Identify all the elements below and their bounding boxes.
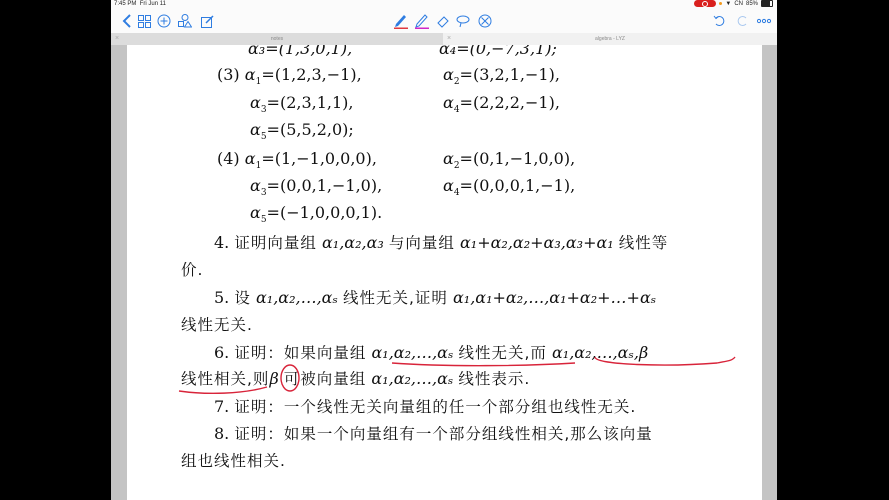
problem-3-alpha4: α4=(2,2,2,−1), xyxy=(443,93,560,115)
battery-label: 85% xyxy=(746,1,758,7)
undo-icon[interactable] xyxy=(711,13,727,29)
question-6-line-2: 线性相关,则β 可被向量组 α₁,α₂,…,αₛ 线性表示. xyxy=(181,367,530,389)
highlighter-icon[interactable] xyxy=(414,13,430,29)
app-toolbar xyxy=(111,9,777,33)
question-8-line-2: 组也线性相关. xyxy=(181,449,286,471)
add-icon[interactable] xyxy=(156,13,172,29)
tab-label: notes xyxy=(271,36,283,42)
mic-indicator-icon xyxy=(719,2,722,5)
eraser-icon[interactable] xyxy=(435,13,451,29)
cut-line-right: α₄=(0,−7,3,1); xyxy=(439,45,557,58)
tab-notes[interactable]: × notes xyxy=(111,33,443,45)
problem-3-alpha3: α3=(2,3,1,1), xyxy=(250,93,354,115)
problem-4-alpha3: α3=(0,0,1,−1,0), xyxy=(250,176,382,198)
battery-icon xyxy=(761,0,773,7)
underline-linearly-independent xyxy=(392,363,575,366)
tab-algebra[interactable]: × algebra - LYZ xyxy=(443,33,777,45)
screen-recording-icon[interactable] xyxy=(694,0,716,7)
close-circle-icon[interactable] xyxy=(477,13,493,29)
beta-symbol: β xyxy=(269,369,278,388)
pen-icon[interactable] xyxy=(393,13,409,29)
question-6-line-1: 6. 证明：如果向量组 α₁,α₂,…,αₛ 线性无关,而 α₁,α₂,…,αₛ… xyxy=(214,341,648,363)
ipad-screen: 7:45 PM Fri Jun 11 ▼ CN 85% xyxy=(111,0,777,500)
more-icon[interactable] xyxy=(756,13,772,29)
carrier-label: CN xyxy=(734,1,743,7)
lasso-icon[interactable] xyxy=(455,13,471,29)
close-tab-icon[interactable]: × xyxy=(447,35,451,42)
problem-3-alpha2: α2=(3,2,1,−1), xyxy=(443,65,560,87)
problem-3-row-1: (3) α1=(1,2,3,−1), xyxy=(217,65,362,87)
question-4-line-1: 4. 证明向量组 α₁,α₂,α₃ 与向量组 α₁+α₂,α₂+α₃,α₃+α₁… xyxy=(214,231,668,253)
wifi-icon: ▼ xyxy=(725,1,731,7)
problem-4-alpha4: α4=(0,0,0,1,−1), xyxy=(443,176,575,198)
edit-icon[interactable] xyxy=(199,13,215,29)
problem-4-alpha5: α5=(−1,0,0,0,1). xyxy=(250,203,382,225)
grid-icon[interactable] xyxy=(136,13,152,29)
cut-line-left: α₃=(1,3,0,1), xyxy=(248,45,352,58)
tab-label: algebra - LYZ xyxy=(595,36,625,42)
problem-3-alpha5: α5=(5,5,2,0); xyxy=(250,120,354,142)
back-icon[interactable] xyxy=(119,13,135,29)
problem-4-alpha2: α2=(0,1,−1,0,0), xyxy=(443,149,575,171)
question-4-line-2: 价. xyxy=(181,258,203,280)
question-5-line-2: 线性无关. xyxy=(181,313,253,335)
shapes-icon[interactable] xyxy=(177,13,193,29)
question-8-line-1: 8. 证明：如果一个向量组有一个部分组线性相关,那么该向量 xyxy=(214,422,653,444)
problem-4-row-1: (4) α1=(1,−1,0,0,0), xyxy=(217,149,377,171)
status-bar: 7:45 PM Fri Jun 11 ▼ CN 85% xyxy=(111,0,777,9)
question-7: 7. 证明：一个线性无关向量组的任一个部分组也线性无关. xyxy=(214,395,636,417)
status-right: ▼ CN 85% xyxy=(694,0,773,7)
question-5-line-1: 5. 设 α₁,α₂,…,αₛ 线性无关,证明 α₁,α₁+α₂,…,α₁+α₂… xyxy=(214,286,656,308)
document-page[interactable]: α₃=(1,3,0,1), α₄=(0,−7,3,1); (3) α1=(1,2… xyxy=(127,45,762,500)
status-time: 7:45 PM Fri Jun 11 xyxy=(114,1,166,7)
redo-icon[interactable] xyxy=(735,13,751,29)
close-tab-icon[interactable]: × xyxy=(115,35,119,42)
document-tabs: × notes × algebra - LYZ xyxy=(111,33,777,45)
